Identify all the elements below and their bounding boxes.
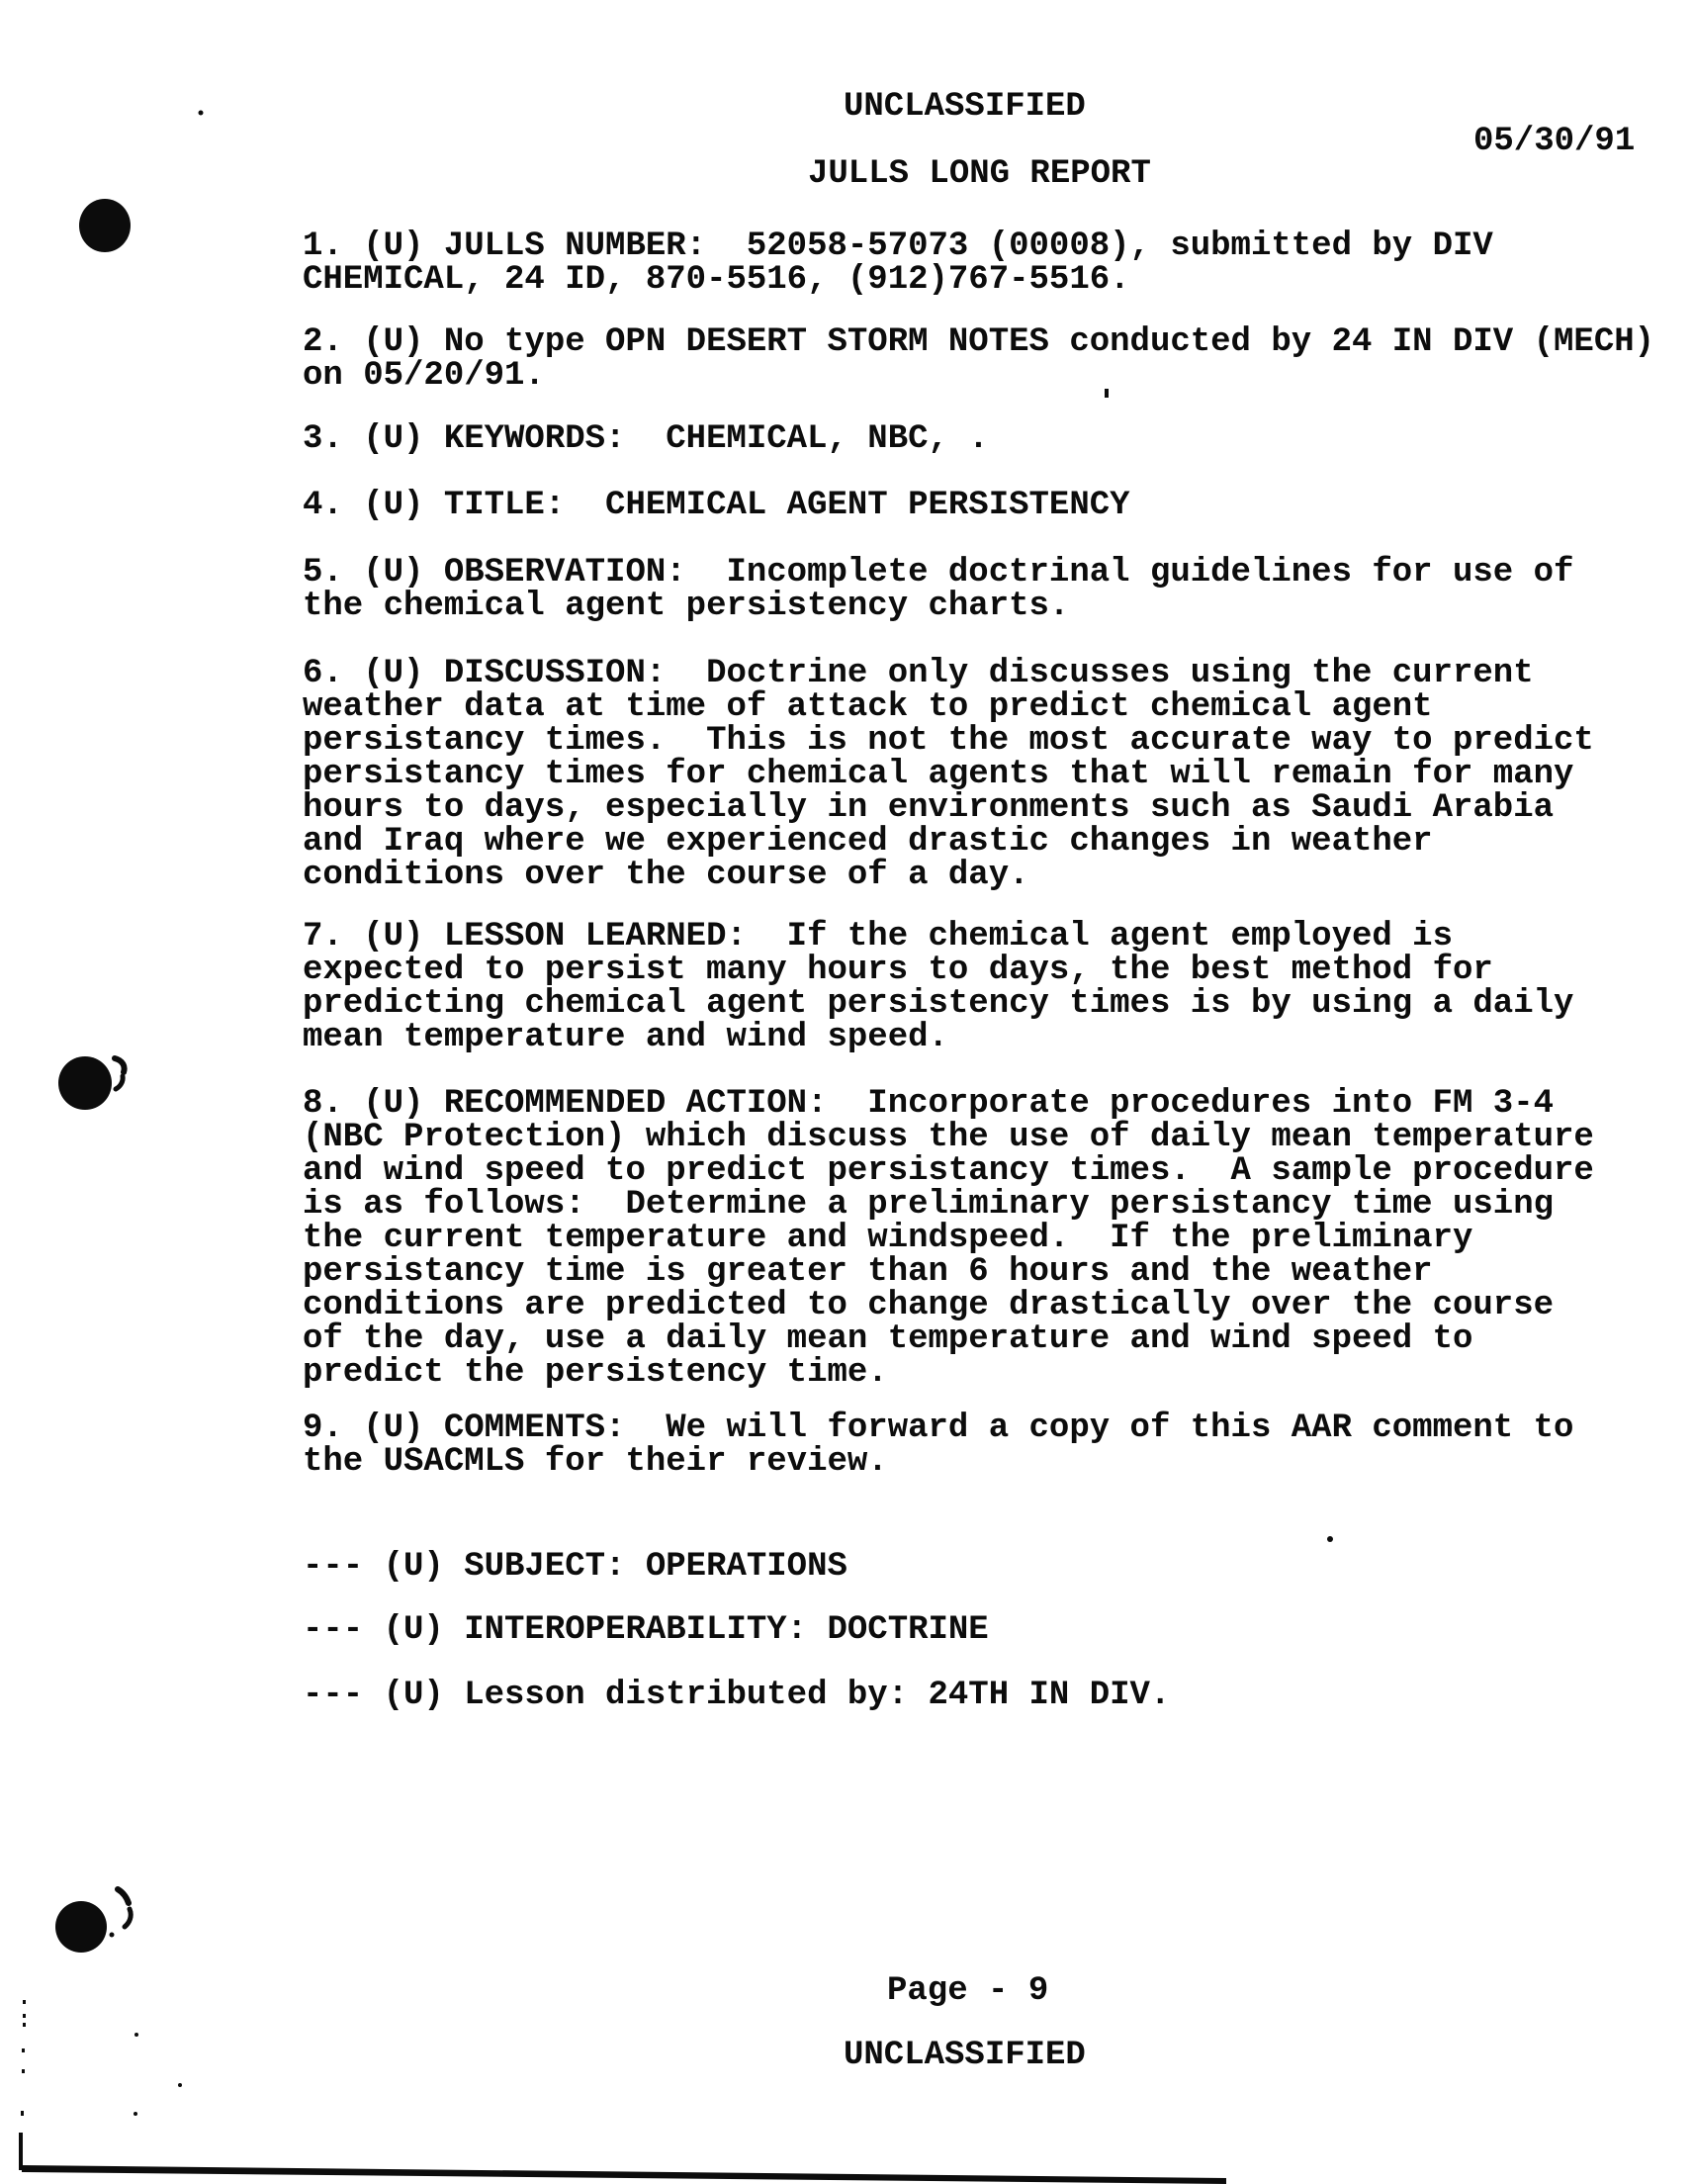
report-item-8-recommended-action: 8. (U) RECOMMENDED ACTION: Incorporate p… xyxy=(303,1087,1594,1390)
report-title: JULLS LONG REPORT xyxy=(808,157,1151,191)
report-item-3-keywords: 3. (U) KEYWORDS: CHEMICAL, NBC, . xyxy=(303,422,989,456)
document-date: 05/30/91 xyxy=(1473,125,1635,158)
edge-speck xyxy=(22,2069,25,2073)
ink-speck xyxy=(134,2112,137,2116)
edge-speck xyxy=(23,2000,26,2004)
smudge-mark xyxy=(125,1909,131,1927)
header-classification-banner: UNCLASSIFIED xyxy=(844,90,1086,124)
ink-speck xyxy=(1327,1536,1333,1542)
smudge-mark xyxy=(116,1076,123,1089)
report-item-7-lesson-learned: 7. (U) LESSON LEARNED: If the chemical a… xyxy=(303,920,1573,1054)
punch-hole-mark-bottom xyxy=(55,1901,107,1953)
report-item-2-event: 2. (U) No type OPN DESERT STORM NOTES co… xyxy=(303,325,1654,393)
trailer-subject-line: --- (U) SUBJECT: OPERATIONS xyxy=(303,1550,847,1584)
scan-corner-mark xyxy=(19,2133,23,2170)
trailer-distribution-line: --- (U) Lesson distributed by: 24TH IN D… xyxy=(303,1679,1170,1712)
report-item-1-julls-number: 1. (U) JULLS NUMBER: 52058-57073 (00008)… xyxy=(303,229,1493,297)
edge-speck xyxy=(22,2048,25,2052)
punch-hole-mark-middle xyxy=(58,1056,112,1110)
scan-edge-line xyxy=(22,2165,1226,2184)
edge-speck xyxy=(23,2014,26,2018)
smudge-mark xyxy=(118,1889,129,1903)
edge-speck xyxy=(23,2023,26,2027)
ink-speck xyxy=(178,2083,182,2087)
trailer-interoperability-line: --- (U) INTEROPERABILITY: DOCTRINE xyxy=(303,1613,989,1647)
footer-classification-banner: UNCLASSIFIED xyxy=(844,2039,1086,2072)
edge-speck xyxy=(21,2111,24,2116)
ink-speck xyxy=(110,1933,115,1938)
punch-hole-mark-top xyxy=(79,199,131,252)
page-number-label: Page - 9 xyxy=(887,1974,1048,2008)
ink-speck xyxy=(134,2033,138,2037)
ink-speck xyxy=(199,111,204,116)
report-item-6-discussion: 6. (U) DISCUSSION: Doctrine only discuss… xyxy=(303,657,1594,892)
report-item-9-comments: 9. (U) COMMENTS: We will forward a copy … xyxy=(303,1411,1573,1479)
report-item-5-observation: 5. (U) OBSERVATION: Incomplete doctrinal… xyxy=(303,556,1573,623)
report-item-4-title: 4. (U) TITLE: CHEMICAL AGENT PERSISTENCY xyxy=(303,489,1130,522)
document-page: UNCLASSIFIED 05/30/91 JULLS LONG REPORT … xyxy=(0,0,1693,2184)
smudge-mark xyxy=(115,1058,125,1072)
